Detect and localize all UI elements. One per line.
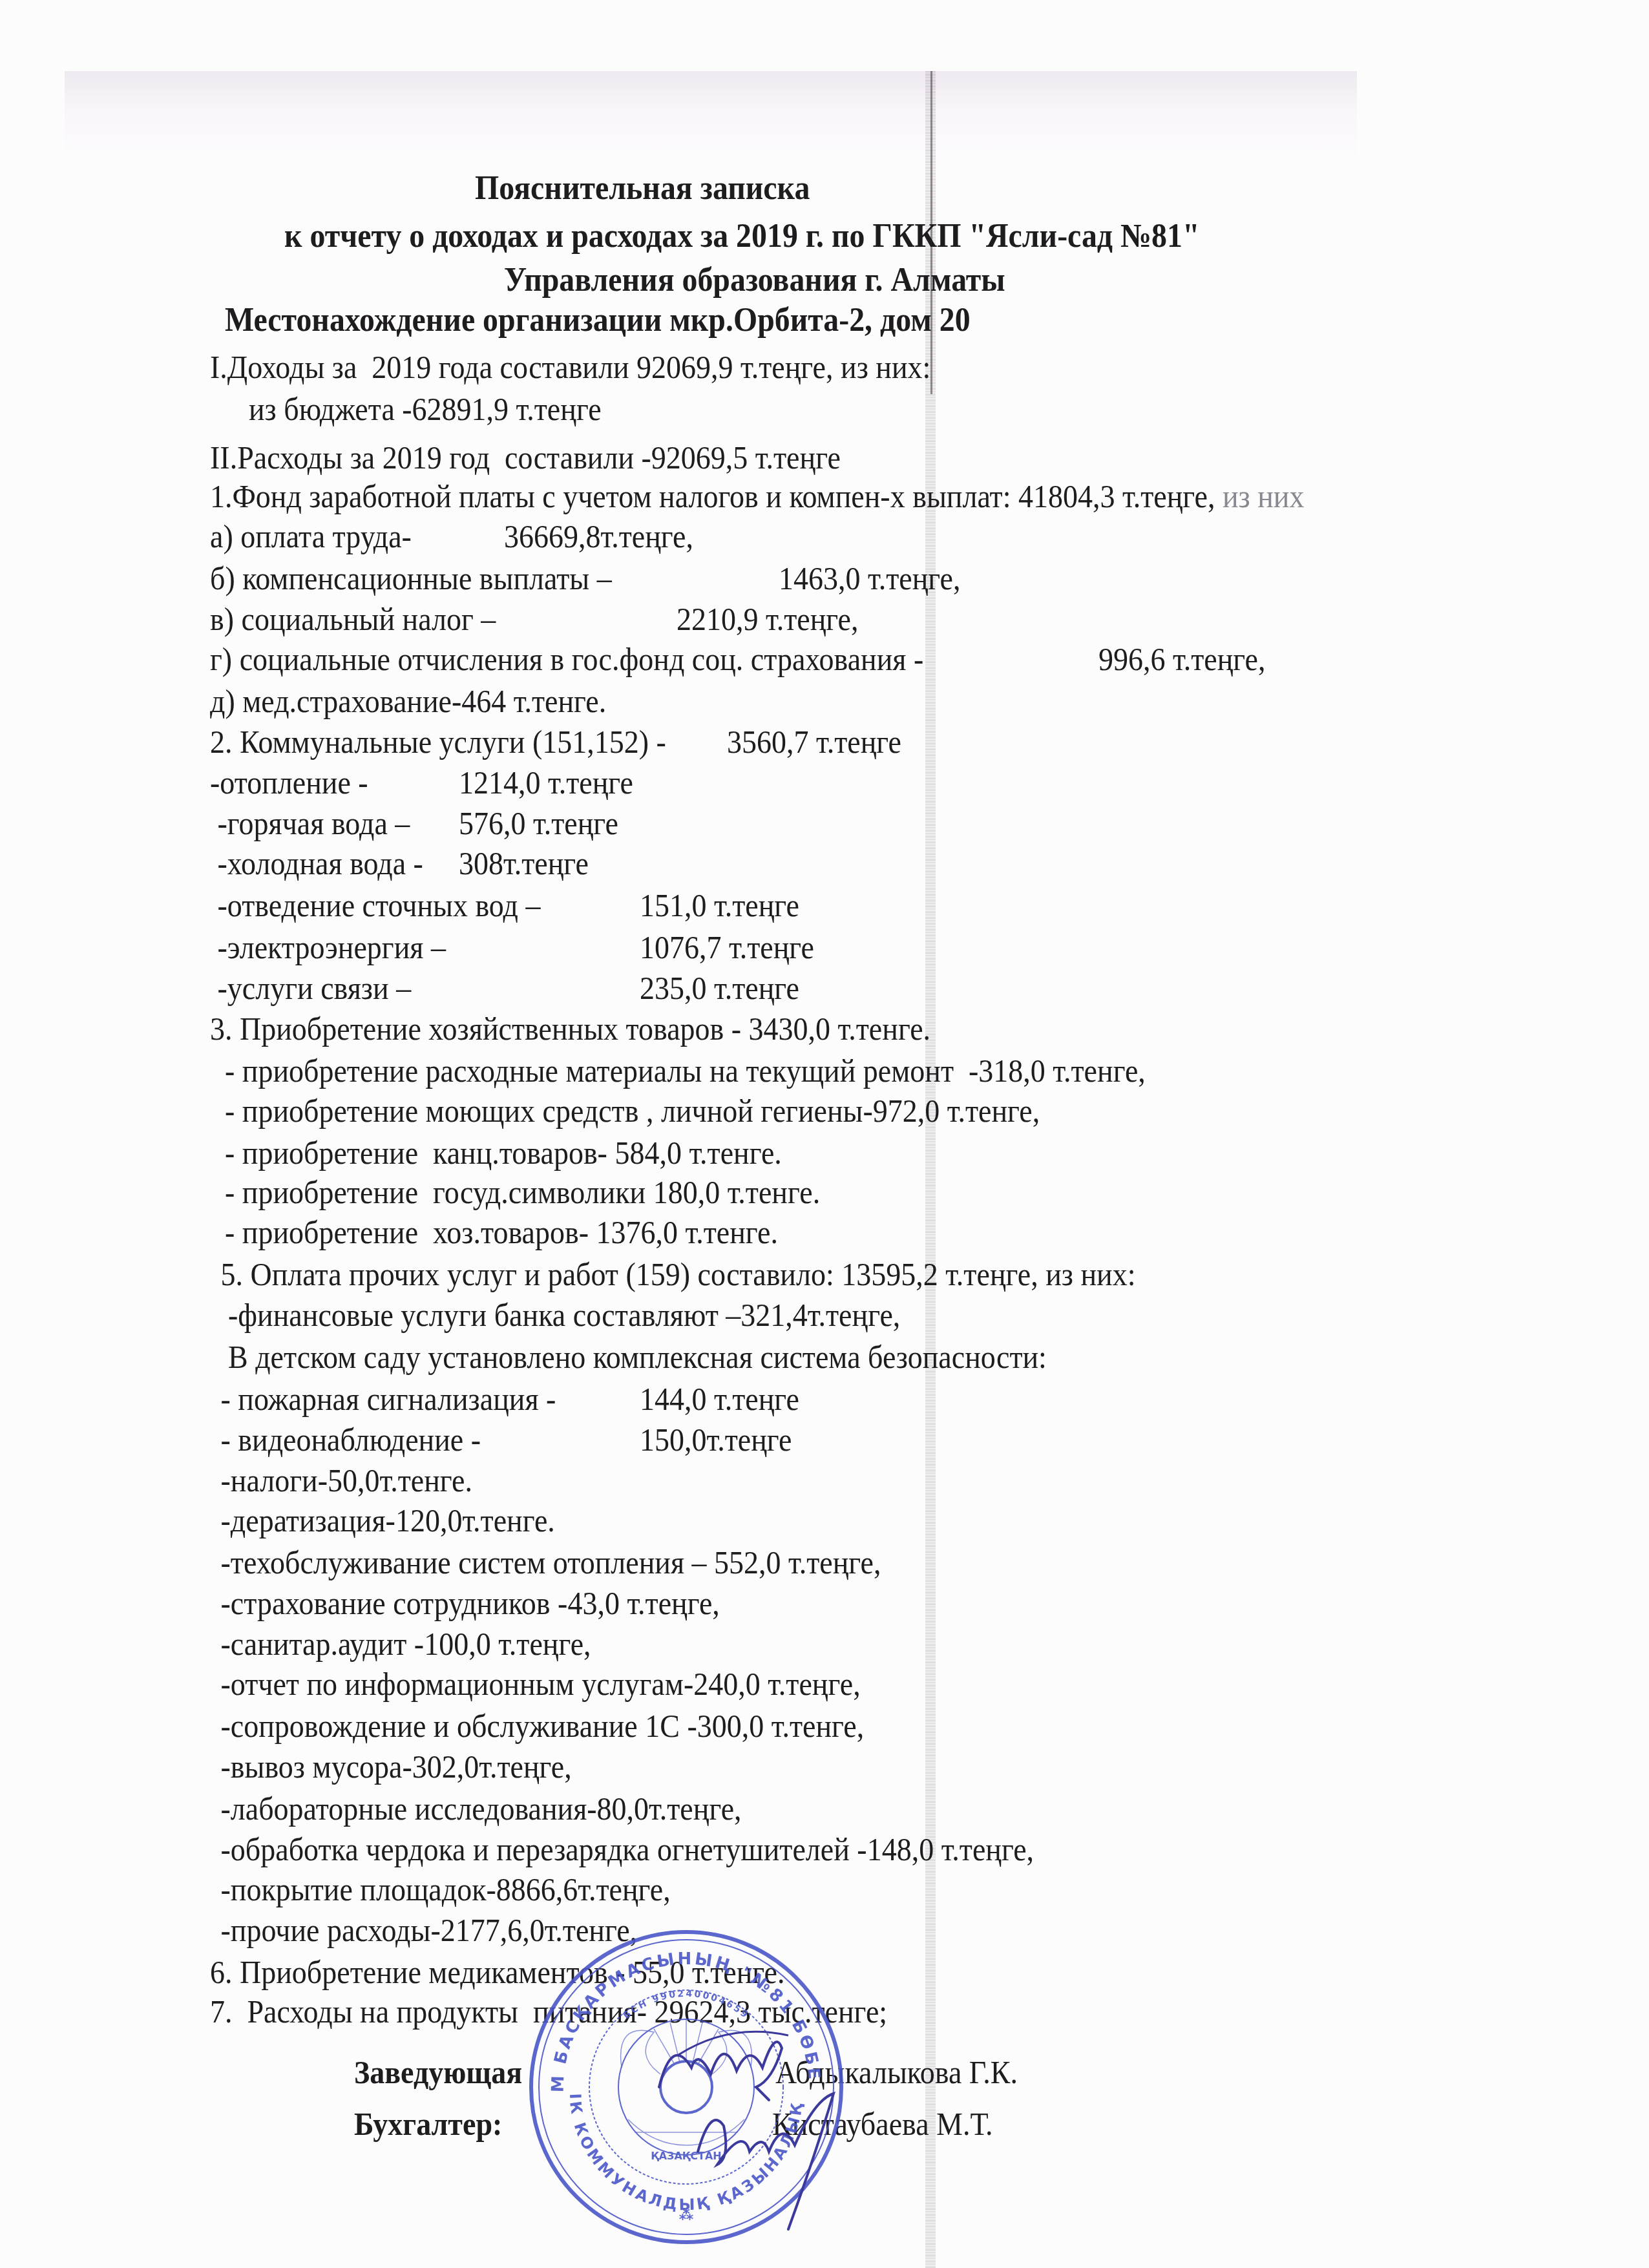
security-item: - пожарная сигнализация - xyxy=(213,1380,556,1418)
expenses-total: II.Расходы за 2019 год составили -92069,… xyxy=(210,438,841,477)
signature-name-accountant: Кистаубаева М.Т. xyxy=(772,2105,993,2143)
section2-item: -отведение сточных вод – xyxy=(210,886,540,925)
security-item: - видеонаблюдение - xyxy=(213,1420,481,1459)
section5-item: -отчет по информационным услугам-240,0 т… xyxy=(213,1664,861,1703)
section1-item: а) оплата труда- xyxy=(210,517,412,556)
section2-item: -холодная вода - xyxy=(210,844,423,883)
section2-item-value: 1214,0 т.теңге xyxy=(459,763,633,802)
doc-title: Пояснительная записка xyxy=(475,169,810,208)
section3-item: - приобретение госуд.символики 180,0 т.т… xyxy=(210,1173,820,1212)
section3-item: - приобретение моющих средств , личной г… xyxy=(210,1091,1040,1130)
signature-role-accountant: Бухгалтер: xyxy=(354,2105,502,2143)
section1-item-value: 1463,0 т.теңге, xyxy=(779,559,960,598)
section1-item: д) мед.страхование-464 т.тенге. xyxy=(210,682,606,720)
doc-subtitle: к отчету о доходах и расходах за 2019 г.… xyxy=(284,217,1199,256)
signature-name-head: Абдыкалыкова Г.К. xyxy=(775,2053,1018,2092)
security-item-value: 150,0т.теңге xyxy=(640,1420,792,1459)
section2-heading-value: 3560,7 т.теңге xyxy=(727,722,901,761)
section3-heading: 3. Приобретение хозяйственных товаров - … xyxy=(210,1009,930,1048)
income-budget: из бюджета -62891,9 т.теңге xyxy=(249,390,602,428)
section7: 7. Расходы на продукты питания- 29624,3 … xyxy=(210,1992,887,2031)
section2-item-value: 1076,7 т.теңге xyxy=(640,928,814,967)
section5-item: -лабораторные исследования-80,0т.теңге, xyxy=(213,1789,742,1828)
section1-item-value: 36669,8т.теңге, xyxy=(504,517,693,556)
income-total: I.Доходы за 2019 года составили 92069,9 … xyxy=(210,348,930,386)
section2-item: -отопление - xyxy=(210,763,368,802)
section5-item: -вывоз мусора-302,0т.теңге, xyxy=(213,1747,572,1786)
section2-heading: 2. Коммунальные услуги (151,152) - xyxy=(210,722,666,761)
section6: 6. Приобретение медикаментов - 55,0 т.те… xyxy=(210,1953,784,1991)
section3-item: - приобретение хоз.товаров- 1376,0 т.тен… xyxy=(210,1213,778,1252)
doc-department: Управления образования г. Алматы xyxy=(504,261,1005,300)
section5-item: -дератизация-120,0т.тенге. xyxy=(213,1501,555,1540)
section3-item: - приобретение расходные материалы на те… xyxy=(210,1051,1146,1090)
section2-item-value: 235,0 т.теңге xyxy=(640,969,799,1007)
section1-heading-tail: из них xyxy=(1223,478,1305,514)
section5-item: -обработка чердока и перезарядка огнетуш… xyxy=(213,1830,1034,1869)
security-item-value: 144,0 т.теңге xyxy=(640,1380,799,1418)
section5-item: -сопровождение и обслуживание 1С -300,0 … xyxy=(213,1706,864,1745)
section1-item-value: 996,6 т.теңге, xyxy=(1098,640,1265,678)
section5-item: -страхование сотрудников -43,0 т.теңге, xyxy=(213,1584,720,1622)
section1-item: г) социальные отчисления в гос.фонд соц.… xyxy=(210,640,923,678)
section5-security-intro: В детском саду установлено комплексная с… xyxy=(213,1338,1047,1376)
section5-bank: -финансовые услуги банка составляют –321… xyxy=(213,1296,900,1334)
signature-role-head: Заведующая xyxy=(354,2053,522,2092)
section1-heading-main: 1.Фонд заработной платы с учетом налогов… xyxy=(210,478,1223,514)
section2-item-value: 576,0 т.теңге xyxy=(459,804,618,843)
section2-item: -электроэнергия – xyxy=(210,928,446,967)
section5-item: -налоги-50,0т.тенге. xyxy=(213,1461,472,1500)
section5-item: -прочие расходы-2177,6,0т.тенге, xyxy=(213,1911,637,1949)
section5-heading: 5. Оплата прочих услуг и работ (159) сос… xyxy=(213,1255,1135,1294)
section1-item: в) социальный налог – xyxy=(210,600,496,638)
scan-artifact-top xyxy=(65,71,1357,168)
section1-item: б) компенсационные выплаты – xyxy=(210,559,612,598)
section1-heading: 1.Фонд заработной платы с учетом налогов… xyxy=(210,477,1304,516)
section2-item: -горячая вода – xyxy=(210,804,410,843)
section1-item-value: 2210,9 т.теңге, xyxy=(677,600,858,638)
section2-item: -услуги связи – xyxy=(210,969,411,1007)
svg-text:⁂: ⁂ xyxy=(679,2207,694,2223)
section5-item: -покрытие площадок-8866,6т.теңге, xyxy=(213,1870,671,1909)
section5-item: -санитар.аудит -100,0 т.теңге, xyxy=(213,1624,591,1663)
doc-location: Местонахождение организации мкр.Орбита-2… xyxy=(225,301,971,340)
section3-item: - приобретение канц.товаров- 584,0 т.тен… xyxy=(210,1133,782,1172)
svg-text:ҚАЗАҚСТАН: ҚАЗАҚСТАН xyxy=(651,2150,721,2162)
section5-item: -техобслуживание систем отопления – 552,… xyxy=(213,1543,881,1582)
section2-item-value: 308т.теңге xyxy=(459,844,589,883)
scan-artifact-streak xyxy=(925,71,936,2268)
section2-item-value: 151,0 т.теңге xyxy=(640,886,799,925)
